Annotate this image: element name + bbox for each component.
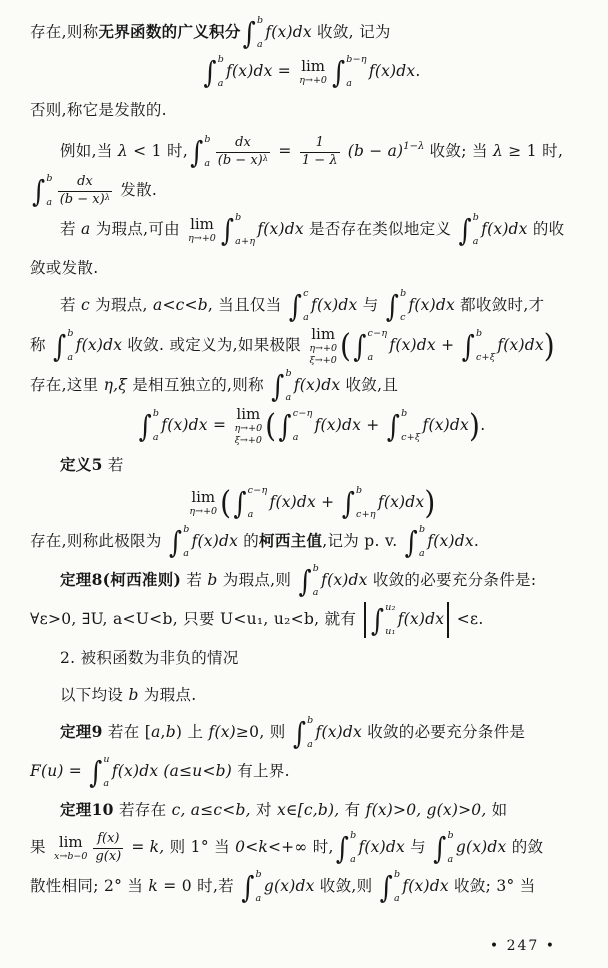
book-page: 存在,则称无界函数的广义积分∫baf(x)dx 收敛, 记为∫baf(x)dx …	[0, 0, 608, 968]
lim-under: η→+0	[189, 507, 217, 517]
line-1: 存在,则称无界函数的广义积分∫baf(x)dx 收敛, 记为	[30, 15, 592, 51]
text-run: 以下均设	[60, 686, 128, 704]
integral: ∫ba	[32, 173, 53, 209]
upper-bound: b	[46, 174, 52, 184]
text-run: 若	[181, 571, 207, 589]
math-run: b	[128, 686, 138, 704]
math-run: g(x)dx	[264, 877, 315, 895]
integral: ∫bc+ξ	[462, 328, 496, 364]
line-2: ∫baf(x)dx = limη→+0∫b−ηaf(x)dx.	[30, 54, 592, 90]
upper-bound: b	[419, 525, 425, 535]
math-run: a	[151, 723, 160, 741]
integral: ∫ba	[458, 212, 479, 248]
integral-bounds: ba	[285, 368, 291, 404]
upper-bound: c	[303, 289, 309, 299]
integral: ∫ba	[293, 715, 314, 751]
superscript: 1−λ	[403, 141, 424, 152]
text-run: ≥ 1 时,	[503, 142, 563, 160]
math-run: F(u) =	[30, 762, 87, 780]
text-run: 收敛的必要充分条件是	[362, 723, 525, 741]
text-run: +	[361, 416, 385, 434]
lim-under: ξ→+0	[310, 356, 337, 366]
integral: ∫bc+η	[342, 485, 376, 521]
lower-bound: a	[46, 198, 52, 208]
fraction: 11 − λ	[300, 135, 340, 169]
integral-glyph: ∫	[353, 331, 366, 361]
line-3: 否则,称它是发散的.	[30, 93, 592, 127]
limit: limη→+0	[188, 217, 216, 244]
math-run: (b − a)	[348, 142, 404, 160]
line-14: 存在,则称此极限为 ∫baf(x)dx 的柯西主值,记为 p. v. ∫baf(…	[30, 524, 592, 560]
line-17: 2. 被积函数为非负的情况	[30, 641, 592, 675]
integral-glyph: ∫	[386, 291, 399, 321]
text-run: 例如,当	[60, 142, 118, 160]
text-run: .	[480, 416, 485, 434]
lower-bound: a	[67, 353, 73, 363]
integral: ∫c−ηa	[278, 408, 312, 444]
math-run: f(x)dx	[161, 416, 207, 434]
denominator: 1 − λ	[300, 152, 340, 169]
lim-under: ξ→+0	[235, 436, 262, 446]
line-16: ∀ε>0, ∃U, a<U<b, 只要 U<u₁, u₂<b, 就有 ∫u₂u₁…	[30, 602, 592, 638]
math-run: k	[148, 877, 158, 895]
text-run: 对	[251, 801, 277, 819]
upper-bound: c−η	[293, 409, 313, 419]
integral-glyph: ∫	[243, 18, 256, 48]
lower-bound: a	[256, 894, 262, 904]
text-run: 散性相同; 2° 当	[30, 877, 148, 895]
numerator: dx	[75, 174, 95, 190]
upper-bound: b	[256, 870, 262, 880]
upper-bound: b	[204, 135, 210, 145]
text-run: 与	[405, 838, 431, 856]
integral-glyph: ∫	[89, 757, 102, 787]
lower-bound: a+η	[235, 237, 255, 247]
math-run: f(x)dx	[378, 493, 424, 511]
lower-bound: a	[103, 779, 109, 789]
lower-bound: a	[473, 237, 479, 247]
text-run: 都收敛时,才	[455, 296, 544, 314]
abs-bar	[364, 602, 365, 638]
line-12: 定义5 若	[30, 448, 592, 482]
lower-bound: a	[183, 549, 189, 559]
math-run: f(x)dx	[316, 723, 362, 741]
limit: limη→+0	[299, 59, 327, 86]
integral-bounds: ba	[394, 869, 400, 905]
text-run: 有上界.	[232, 762, 290, 780]
line-13: limη→+0(∫c−ηaf(x)dx + ∫bc+ηf(x)dx)	[30, 485, 592, 521]
upper-bound: u	[103, 755, 109, 765]
numerator: 1	[314, 135, 326, 151]
upper-bound: b	[447, 831, 453, 841]
lower-bound: u₁	[385, 627, 396, 637]
line-7: 敛或发散.	[30, 251, 592, 285]
abs-bar	[447, 602, 448, 638]
denominator-exponent: λ	[263, 154, 268, 164]
integral-glyph: ∫	[336, 833, 349, 863]
lower-bound: c+ξ	[401, 433, 420, 443]
line-5: ∫badx(b − x)λ 发散.	[30, 173, 592, 209]
text-run: 与	[357, 296, 383, 314]
integral-bounds: c−ηa	[248, 485, 268, 521]
line-22: 果 limx→b−0f(x)g(x) = k, 则 1° 当 0<k<+∞ 时,…	[30, 830, 592, 866]
math-run: f(x)dx	[423, 416, 469, 434]
line-19: 定理9 若在 [a,b) 上 f(x)≥0, 则 ∫baf(x)dx 收敛的必要…	[30, 715, 592, 751]
upper-bound: b	[400, 289, 406, 299]
lower-bound: a	[447, 855, 453, 865]
lower-bound: a	[307, 740, 313, 750]
upper-bound: b−η	[346, 55, 367, 65]
lim-under: η→+0	[234, 424, 262, 434]
integral: ∫ba	[243, 15, 264, 51]
math-run: f(x)dx	[321, 571, 367, 589]
integral: ∫ba	[271, 368, 292, 404]
text-run: = 0 时,若	[158, 877, 239, 895]
math-run: λ	[493, 142, 503, 160]
text-run: 收敛. 或定义为,如果极限	[122, 336, 306, 354]
upper-bound: b	[313, 564, 319, 574]
integral-glyph: ∫	[289, 291, 302, 321]
limit: limx→b−0	[54, 835, 87, 862]
math-run: f(x)dx	[226, 62, 272, 80]
integral-glyph: ∫	[371, 605, 384, 635]
integral: ∫ua	[89, 754, 110, 790]
text-run: ) 上	[176, 723, 209, 741]
integral-bounds: ba	[67, 328, 73, 364]
text-run: 为瑕点,可由	[90, 220, 185, 238]
lower-bound: a	[218, 79, 224, 89]
integral-glyph: ∫	[458, 215, 471, 245]
upper-bound: b	[285, 369, 291, 379]
lower-bound: a	[350, 855, 356, 865]
lower-bound: c+η	[356, 510, 376, 520]
math-run: x∈[c,b),	[277, 801, 339, 819]
integral-bounds: ba	[350, 830, 356, 866]
integral-bounds: ba	[447, 830, 453, 866]
math-run: f(x)dx (a≤u<b)	[112, 762, 232, 780]
text-run: 的敛	[507, 838, 544, 856]
integral: ∫bc+ξ	[387, 408, 421, 444]
numerator: f(x)	[95, 831, 121, 847]
lim-word: lim	[301, 59, 325, 74]
text-run: 存在,这里	[30, 376, 104, 394]
line-20: F(u) = ∫uaf(x)dx (a≤u<b) 有上界.	[30, 754, 592, 790]
math-run: f(x)dx	[369, 62, 415, 80]
integral-bounds: c−ηa	[293, 408, 313, 444]
text-run: 敛或发散.	[30, 259, 98, 277]
math-run: c	[81, 296, 90, 314]
line-21: 定理10 若存在 c, a≤c<b, 对 x∈[c,b), 有 f(x)>0, …	[30, 793, 592, 827]
integral-bounds: ba	[257, 15, 263, 51]
lower-bound: a	[394, 894, 400, 904]
text-run: 为瑕点,则	[218, 571, 297, 589]
text-run: 收敛的必要充分条件是:	[368, 571, 537, 589]
lim-word: lim	[311, 327, 335, 342]
text-run: 存在,则称	[30, 23, 98, 41]
line-9: 称 ∫baf(x)dx 收敛. 或定义为,如果极限 limη→+0ξ→+0(∫c…	[30, 327, 592, 365]
integral-glyph: ∫	[433, 833, 446, 863]
upper-bound: b	[473, 213, 479, 223]
text-run: 的	[238, 532, 259, 550]
lim-under: η→+0	[188, 234, 216, 244]
fraction: dx(b − x)λ	[58, 174, 112, 208]
integral-glyph: ∫	[293, 718, 306, 748]
upper-bound: b	[394, 870, 400, 880]
math-run: 0<k<+∞	[235, 838, 307, 856]
line-8: 若 c 为瑕点, a<c<b, 当且仅当 ∫caf(x)dx 与 ∫bcf(x)…	[30, 288, 592, 324]
lim-under: x→b−0	[54, 852, 87, 862]
integral-glyph: ∫	[139, 411, 152, 441]
upper-bound: b	[257, 16, 263, 26]
limit: limη→+0	[189, 490, 217, 517]
upper-bound: u₂	[385, 603, 396, 613]
integral: ∫bc	[386, 288, 407, 324]
math-run: f(x)dx	[408, 296, 454, 314]
lower-bound: c	[400, 313, 406, 323]
denominator-exponent: λ	[105, 193, 110, 203]
integral-glyph: ∫	[241, 872, 254, 902]
bold-run: 定理10	[60, 800, 114, 819]
math-run: λ	[118, 142, 128, 160]
text-run: 是否存在类似地定义	[304, 220, 457, 238]
integral: ∫ba	[336, 830, 357, 866]
lower-bound: a	[248, 510, 254, 520]
text-run: 2. 被积函数为非负的情况	[60, 649, 239, 667]
integral: ∫ba	[405, 524, 426, 560]
lower-bound: c+ξ	[476, 353, 495, 363]
math-run: = k,	[126, 838, 164, 856]
integral: ∫b−ηa	[332, 54, 367, 90]
line-18: 以下均设 b 为瑕点.	[30, 678, 592, 712]
integral: ∫ba	[203, 54, 224, 90]
integral-glyph: ∫	[203, 57, 216, 87]
lim-word: lim	[190, 217, 214, 232]
integral: ∫ca	[289, 288, 309, 324]
text-run: ,记为 p. v.	[322, 532, 402, 550]
text-run: 收敛,且	[340, 376, 398, 394]
integral: ∫ba	[380, 869, 401, 905]
integral-bounds: bc+η	[356, 485, 376, 521]
integral-bounds: ca	[303, 288, 309, 324]
integral-glyph: ∫	[233, 488, 246, 518]
line-6: 若 a 为瑕点,可由 limη→+0∫ba+ηf(x)dx 是否存在类似地定义 …	[30, 212, 592, 248]
text-run: 若在 [	[103, 723, 151, 741]
text-run: .	[474, 532, 479, 550]
lower-bound: a	[419, 549, 425, 559]
denominator: (b − x)λ	[58, 191, 112, 208]
lim-word: lim	[191, 490, 215, 505]
text-run: 时,	[307, 838, 333, 856]
lower-bound: a	[285, 393, 291, 403]
lower-bound: a	[368, 353, 374, 363]
text-run: 收敛, 记为	[312, 23, 391, 41]
text-run: 的收	[528, 220, 565, 238]
text-run: 果	[30, 838, 51, 856]
math-run: a<c<b	[153, 296, 208, 314]
bold-run: 柯西主值	[259, 531, 322, 550]
line-4: 例如,当 λ < 1 时,∫badx(b − x)λ = 11 − λ (b −…	[30, 130, 592, 170]
integral-bounds: ba	[153, 408, 159, 444]
lim-word: lim	[59, 835, 83, 850]
integral: ∫ba	[169, 524, 190, 560]
lower-bound: a	[303, 313, 309, 323]
text-run: .	[415, 62, 420, 80]
integral: ∫ba	[433, 830, 454, 866]
integral-bounds: b−ηa	[346, 54, 367, 90]
line-11: ∫baf(x)dx = limη→+0ξ→+0(∫c−ηaf(x)dx + ∫b…	[30, 407, 592, 445]
text-run: 收敛; 当	[424, 142, 493, 160]
math-run: f(x)dx	[398, 610, 444, 628]
math-run: g(x)dx	[456, 838, 507, 856]
integral-glyph: ∫	[298, 566, 311, 596]
integral: ∫ba	[190, 134, 211, 170]
integral: ∫ba+η	[221, 212, 256, 248]
integral-bounds: bc+ξ	[476, 328, 495, 364]
math-run: f(x)dx	[389, 336, 435, 354]
integral-bounds: bc+ξ	[401, 408, 420, 444]
math-run: f(x)dx	[76, 336, 122, 354]
integral-glyph: ∫	[380, 872, 393, 902]
numerator: dx	[233, 135, 253, 151]
integral: ∫ba	[139, 408, 160, 444]
bold-run: 定理9	[60, 722, 103, 741]
integral-glyph: ∫	[190, 137, 203, 167]
integral-glyph: ∫	[53, 331, 66, 361]
lower-bound: a	[204, 159, 210, 169]
integral-bounds: ba	[46, 173, 52, 209]
math-run: f(x)dx	[270, 493, 316, 511]
integral-bounds: ba	[256, 869, 262, 905]
integral-bounds: ba+η	[235, 212, 255, 248]
integral: ∫ba	[241, 869, 262, 905]
text-run: 称	[30, 336, 51, 354]
text-run: 收敛; 3° 当	[449, 877, 536, 895]
text-run: =	[208, 416, 232, 434]
text-run: 发散.	[115, 181, 157, 199]
text-run: 有	[339, 801, 365, 819]
text-run: <ε.	[452, 610, 484, 628]
integral-bounds: ba	[218, 54, 224, 90]
math-run: c, a≤c<b,	[172, 801, 251, 819]
integral-bounds: ba	[419, 524, 425, 560]
text-run: ≥0, 则	[236, 723, 291, 741]
math-run: f(x)dx	[402, 877, 448, 895]
integral-bounds: bc	[400, 288, 406, 324]
integral: ∫ba	[53, 328, 74, 364]
text-run: 存在,则称此极限为	[30, 532, 167, 550]
line-23: 散性相同; 2° 当 k = 0 时,若 ∫bag(x)dx 收敛,则 ∫baf…	[30, 869, 592, 905]
integral: ∫c−ηa	[233, 485, 267, 521]
text-run: 若存在	[114, 801, 172, 819]
lower-bound: a	[346, 79, 352, 89]
lim-word: lim	[236, 407, 260, 422]
math-run: η,ξ	[104, 376, 127, 394]
page-number: • 247 •	[490, 938, 556, 954]
math-run: f(x)dx	[192, 532, 238, 550]
lim-under: η→+0	[299, 76, 327, 86]
text-run: 收敛,则	[315, 877, 378, 895]
upper-bound: c−η	[368, 329, 388, 339]
upper-bound: b	[307, 716, 313, 726]
math-run: f(x)dx	[358, 838, 404, 856]
text-run: < 1 时,	[128, 142, 188, 160]
math-run: b	[207, 571, 217, 589]
text-run: =	[273, 62, 297, 80]
fraction: f(x)g(x)	[93, 831, 123, 865]
text-run: 若	[60, 296, 81, 314]
integral: ∫ba	[298, 563, 319, 599]
text-block: 存在,则称无界函数的广义积分∫baf(x)dx 收敛, 记为∫baf(x)dx …	[30, 15, 592, 905]
integral-bounds: ba	[313, 563, 319, 599]
text-run: 为瑕点.	[139, 686, 197, 704]
integral-bounds: ba	[204, 134, 210, 170]
math-run: b	[166, 723, 176, 741]
integral: ∫c−ηa	[353, 328, 387, 364]
line-15: 定理8(柯西准则) 若 b 为瑕点,则 ∫baf(x)dx 收敛的必要充分条件是…	[30, 563, 592, 599]
integral-glyph: ∫	[342, 488, 355, 518]
integral-bounds: ua	[103, 754, 109, 790]
math-run: f(x)dx	[427, 532, 473, 550]
lower-bound: a	[153, 433, 159, 443]
math-run: f(x)>0, g(x)>0,	[366, 801, 487, 819]
integral-glyph: ∫	[278, 411, 291, 441]
text-run: 则 1° 当	[164, 838, 235, 856]
text-run: 若	[60, 220, 81, 238]
upper-bound: b	[183, 525, 189, 535]
integral-bounds: ba	[183, 524, 189, 560]
integral-bounds: u₂u₁	[385, 602, 396, 638]
text-run: 否则,称它是发散的.	[30, 101, 167, 119]
text-run: +	[316, 493, 340, 511]
math-run: f(x)dx	[294, 376, 340, 394]
text-run: 若	[103, 456, 124, 474]
text-run: ∀ε>0, ∃U, a<U<b, 只要 U<u₁, u₂<b, 就有	[30, 610, 361, 628]
bold-run: 定理8(柯西准则)	[60, 570, 181, 589]
integral-glyph: ∫	[405, 527, 418, 557]
text-run: 是相互独立的,则称	[127, 376, 269, 394]
text-run: , 当且仅当	[208, 296, 287, 314]
lower-bound: a	[293, 433, 299, 443]
upper-bound: c−η	[248, 486, 268, 496]
text-run: 如	[486, 801, 507, 819]
math-run: f(x)dx	[311, 296, 357, 314]
integral-bounds: ba	[307, 715, 313, 751]
upper-bound: b	[356, 486, 362, 496]
integral-glyph: ∫	[387, 411, 400, 441]
upper-bound: b	[401, 409, 407, 419]
integral-bounds: ba	[473, 212, 479, 248]
integral-glyph: ∫	[462, 331, 475, 361]
lim-under: η→+0	[309, 344, 337, 354]
lower-bound: a	[313, 588, 319, 598]
integral-glyph: ∫	[221, 215, 234, 245]
integral-glyph: ∫	[332, 57, 345, 87]
text-run: +	[436, 336, 460, 354]
math-run: f(x)dx	[315, 416, 361, 434]
integral-glyph: ∫	[32, 176, 45, 206]
integral-glyph: ∫	[169, 527, 182, 557]
bold-run: 定义5	[60, 455, 103, 474]
integral-bounds: c−ηa	[368, 328, 388, 364]
upper-bound: b	[476, 329, 482, 339]
math-run: f(x)dx	[481, 220, 527, 238]
limit: limη→+0ξ→+0	[309, 327, 337, 365]
lower-bound: a	[257, 40, 263, 50]
upper-bound: b	[350, 831, 356, 841]
upper-bound: b	[67, 329, 73, 339]
math-run: f(x)dx	[497, 336, 543, 354]
denominator: (b − x)λ	[216, 152, 270, 169]
